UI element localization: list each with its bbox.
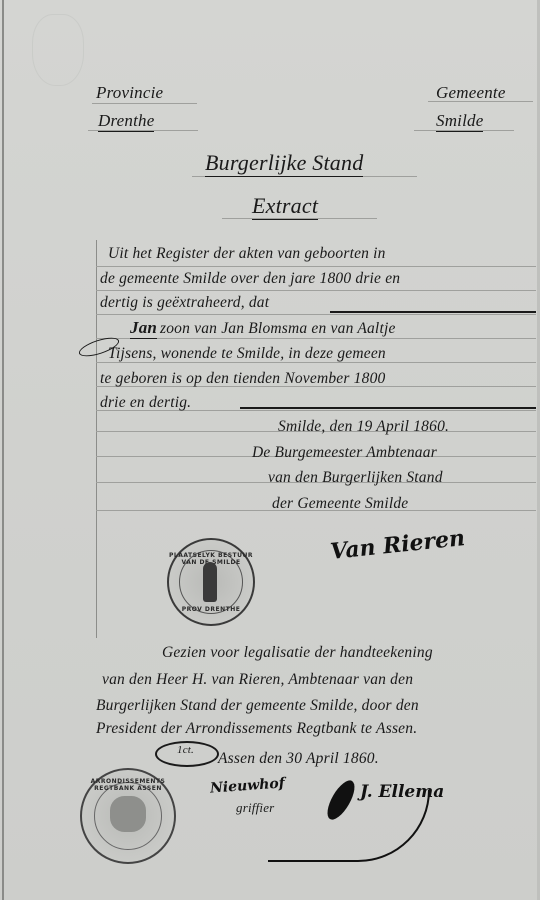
document-subtitle: Extract (252, 193, 318, 220)
body-line-3: dertig is geëxtraheerd, dat (100, 294, 269, 312)
municipality-value: Smilde (436, 111, 483, 132)
body-line-7: drie en dertig. (100, 394, 191, 412)
fill-line-2 (240, 407, 536, 409)
figure-icon (203, 562, 217, 602)
signature-flourish-icon (268, 790, 430, 862)
province-value: Drenthe (98, 111, 154, 132)
certification-line-1: De Burgemeester Ambtenaar (252, 444, 437, 462)
certification-place-date: Smilde, den 19 April 1860. (278, 418, 449, 436)
legalisation-place-date: Assen den 30 April 1860. (218, 750, 379, 768)
margin-rule (96, 240, 97, 638)
certification-line-2: van den Burgerlijken Stand (268, 469, 443, 487)
fee-note: 1ct. (177, 744, 194, 756)
legalisation-line-1: Gezien voor legalisatie der handteekenin… (162, 644, 433, 662)
municipality-label: Gemeente (436, 83, 506, 103)
court-seal-icon: ARRONDISSEMENTS REGTBANK ASSEN (80, 768, 176, 864)
legalisation-line-2: van den Heer H. van Rieren, Ambtenaar va… (102, 671, 413, 689)
child-name: Jan (130, 318, 157, 339)
certification-line-3: der Gemeente Smilde (272, 495, 408, 513)
fill-line (330, 311, 536, 313)
registrar-signature: Van Rieren (329, 525, 466, 565)
body-line-1: Uit het Register der akten van geboorten… (108, 245, 386, 263)
province-label: Provincie (96, 83, 163, 103)
body-line-5: Tijsens, wonende te Smilde, in deze geme… (108, 345, 386, 363)
coat-of-arms-icon (110, 796, 146, 832)
body-line-4: zoon van Jan Blomsma en van Aaltje (160, 320, 396, 338)
document-title: Burgerlijke Stand (205, 150, 363, 177)
legalisation-line-4: President der Arrondissements Regtbank t… (96, 720, 417, 738)
page-edge-left (2, 0, 4, 900)
legalisation-line-3: Burgerlijken Stand der gemeente Smilde, … (96, 697, 419, 715)
embossed-watermark-icon (32, 14, 84, 86)
document-page: Provincie Drenthe Gemeente Smilde Burger… (0, 0, 540, 900)
body-line-2: de gemeente Smilde over den jare 1800 dr… (100, 270, 400, 288)
municipal-seal-icon: PLAATSELYK BESTUUR VAN DE SMILDE PROV DR… (167, 538, 255, 626)
body-line-6: te geboren is op den tienden November 18… (100, 370, 385, 388)
